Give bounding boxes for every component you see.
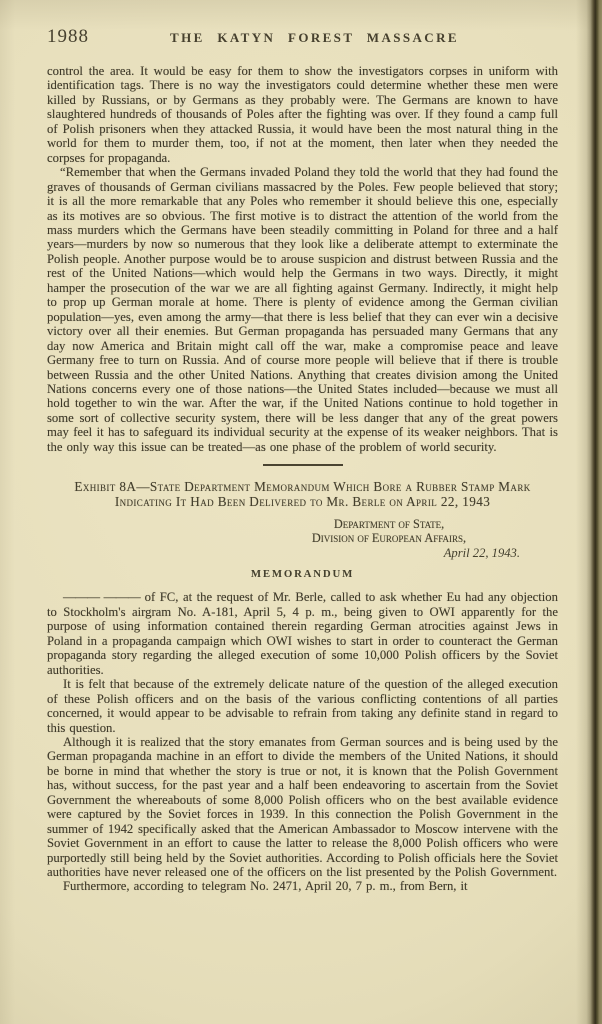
- memo-paragraph-3: Although it is realized that the story e…: [47, 735, 558, 880]
- book-edge-shadow: [576, 0, 602, 1024]
- redacted-name-dashes: ——— ———: [63, 590, 140, 604]
- page-number: 1988: [47, 26, 89, 48]
- exhibit-heading: Exhibit 8A—State Department Memorandum W…: [56, 479, 550, 509]
- memo-date: April 22, 1943.: [47, 546, 520, 561]
- running-title: THE KATYN FOREST MASSACRE: [170, 30, 459, 46]
- memo-letterhead: Department of State, Division of Europea…: [249, 517, 529, 546]
- page-content: 1988 THE KATYN FOREST MASSACRE control t…: [47, 26, 558, 894]
- page-header: 1988 THE KATYN FOREST MASSACRE: [47, 26, 558, 48]
- section-divider-rule: [263, 464, 343, 466]
- body-paragraph-quote: “Remember that when the Germans invaded …: [47, 165, 558, 454]
- memo-paragraph-1: ——— ——— of FC, at the request of Mr. Ber…: [47, 590, 558, 677]
- scanned-book-page: 1988 THE KATYN FOREST MASSACRE control t…: [0, 0, 602, 1024]
- letterhead-division-line: Division of European Affairs,: [249, 531, 529, 546]
- memo-type-heading: MEMORANDUM: [47, 568, 558, 580]
- memo-paragraph-4: Furthermore, according to telegram No. 2…: [47, 879, 558, 893]
- memo-paragraph-2: It is felt that because of the extremely…: [47, 677, 558, 735]
- letterhead-department-line: Department of State,: [249, 517, 529, 532]
- body-paragraph-continued: control the area. It would be easy for t…: [47, 64, 558, 165]
